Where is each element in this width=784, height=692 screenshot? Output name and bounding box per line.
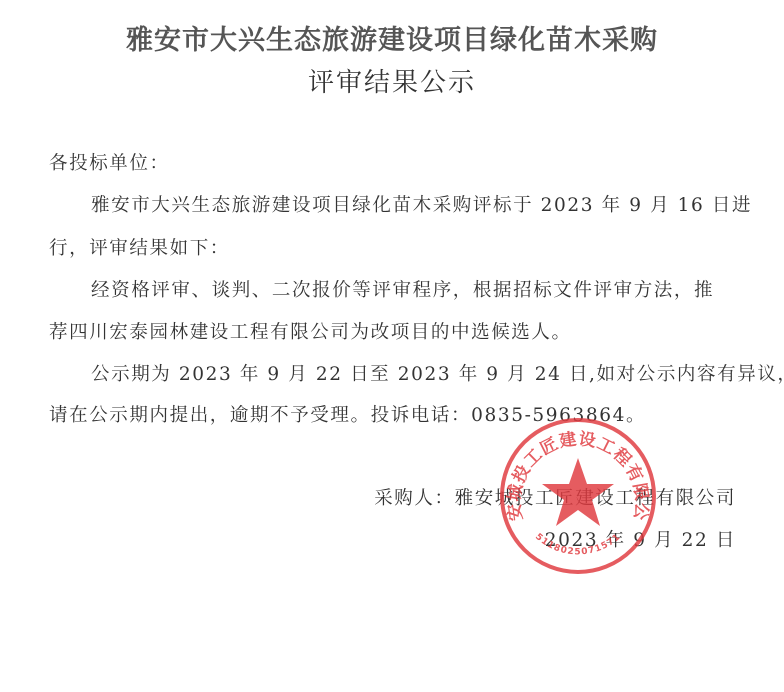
document-title-line1: 雅安市大兴生态旅游建设项目绿化苗木采购 bbox=[0, 18, 784, 57]
paragraph-3-line-1: 公示期为 2023 年 9 月 22 日至 2023 年 9 月 24 日,如对… bbox=[91, 360, 784, 386]
svg-text:5118025071571: 5118025071571 bbox=[533, 532, 623, 557]
paragraph-2-line-1: 经资格评审、谈判、二次报价等评审程序，根据招标文件评审方法，推 bbox=[91, 276, 714, 302]
document-title-line2: 评审结果公示 bbox=[0, 62, 784, 99]
paragraph-1-line-2: 行，评审结果如下： bbox=[49, 234, 230, 260]
star-icon bbox=[542, 458, 614, 526]
paragraph-1-line-1: 雅安市大兴生态旅游建设项目绿化苗木采购评标于 2023 年 9 月 16 日进 bbox=[91, 191, 752, 217]
company-seal-stamp-icon: 雅安城投工匠建设工程有限公司 5118025071571 bbox=[498, 416, 658, 576]
greeting: 各投标单位： bbox=[49, 149, 170, 175]
seal-code-text: 5118025071571 bbox=[533, 532, 623, 557]
paragraph-2-line-2: 荐四川宏泰园林建设工程有限公司为改项目的中选候选人。 bbox=[49, 318, 572, 344]
